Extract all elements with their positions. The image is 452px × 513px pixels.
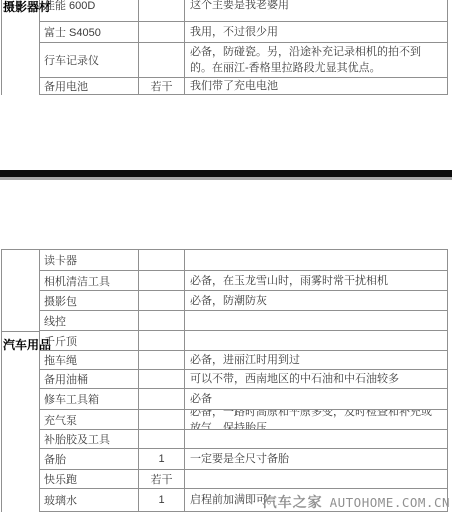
table-row: 补胎胶及工具	[40, 430, 448, 449]
item-cell: 修车工具箱	[40, 389, 139, 409]
qty-cell	[139, 331, 185, 350]
qty-cell	[139, 311, 185, 330]
equipment-table-top: 摄影器材佳能 600D这个主要是我老婆用富士 S4050我用，不过很少用行车记录…	[1, 0, 448, 95]
category-cell: 汽车用品	[2, 331, 40, 512]
qty-cell: 若干	[139, 78, 185, 94]
item-cell: 备用油桶	[40, 370, 139, 388]
item-cell: 充气泵	[40, 410, 139, 429]
qty-cell: 若干	[139, 470, 185, 488]
qty-cell	[139, 271, 185, 290]
table-row: 相机清洁工具必备，在玉龙雪山时，雨雾时常干扰相机	[40, 271, 448, 291]
item-cell: 备胎	[40, 449, 139, 469]
table-row: 充气泵必备，一路时高原和平原多变，及时检查和补充或放气，保持胎压	[40, 410, 448, 430]
item-cell: 佳能 600D	[40, 0, 139, 21]
note-cell: 必备，防碰瓷。另，沿途补充记录相机的拍不到的。在丽江-香格里拉路段尤显其优点。	[185, 43, 448, 77]
table-row: 备胎1一定要是全尺寸备胎	[40, 449, 448, 470]
equipment-table-bottom: 读卡器相机清洁工具必备，在玉龙雪山时，雨雾时常干扰相机摄影包必备，防潮防灰线控汽…	[1, 249, 448, 512]
note-cell: 必备	[185, 389, 448, 409]
category-label	[2, 250, 39, 254]
note-cell: 我们带了充电电池	[185, 78, 448, 94]
qty-cell	[139, 430, 185, 448]
section-divider	[0, 170, 452, 177]
qty-cell	[139, 43, 185, 77]
item-cell: 富士 S4050	[40, 22, 139, 42]
section-divider-shadow	[0, 177, 452, 180]
qty-cell	[139, 410, 185, 429]
note-cell	[185, 250, 448, 270]
table-row: 拖车绳必备，进丽江时用到过	[40, 351, 448, 370]
category-cell: 摄影器材	[2, 0, 40, 95]
page: 摄影器材佳能 600D这个主要是我老婆用富士 S4050我用，不过很少用行车记录…	[0, 0, 452, 513]
qty-cell	[139, 0, 185, 21]
table-row: 摄影包必备，防潮防灰	[40, 291, 448, 311]
item-cell: 拖车绳	[40, 351, 139, 369]
item-cell: 玻璃水	[40, 489, 139, 511]
table-row: 行车记录仪必备，防碰瓷。另，沿途补充记录相机的拍不到的。在丽江-香格里拉路段尤显…	[40, 43, 448, 78]
qty-cell	[139, 351, 185, 369]
note-cell	[185, 430, 448, 448]
note-cell: 我用，不过很少用	[185, 22, 448, 42]
item-cell: 线控	[40, 311, 139, 330]
item-cell: 千斤顶	[40, 331, 139, 350]
table-row: 千斤顶	[40, 331, 448, 351]
qty-cell	[139, 389, 185, 409]
item-cell: 备用电池	[40, 78, 139, 94]
table-row: 线控	[40, 311, 448, 331]
note-cell	[185, 470, 448, 488]
table-row: 佳能 600D这个主要是我老婆用	[40, 0, 448, 22]
note-cell: 这个主要是我老婆用	[185, 0, 448, 21]
category-label: 摄影器材	[2, 0, 39, 15]
item-cell: 相机清洁工具	[40, 271, 139, 290]
qty-cell	[139, 250, 185, 270]
table-row: 备用油桶可以不带，西南地区的中石油和中石油较多	[40, 370, 448, 389]
category-group: 读卡器相机清洁工具必备，在玉龙雪山时，雨雾时常干扰相机摄影包必备，防潮防灰线控	[2, 249, 448, 331]
table-row: 备用电池若干我们带了充电电池	[40, 78, 448, 95]
note-cell	[185, 331, 448, 350]
item-cell: 快乐跑	[40, 470, 139, 488]
item-cell: 补胎胶及工具	[40, 430, 139, 448]
category-cell	[2, 250, 40, 331]
item-cell: 行车记录仪	[40, 43, 139, 77]
note-cell: 必备，在玉龙雪山时，雨雾时常干扰相机	[185, 271, 448, 290]
category-label: 汽车用品	[2, 332, 39, 353]
category-group: 汽车用品千斤顶拖车绳必备，进丽江时用到过备用油桶可以不带，西南地区的中石油和中石…	[2, 331, 448, 512]
table-row: 富士 S4050我用，不过很少用	[40, 22, 448, 43]
note-cell: 可以不带，西南地区的中石油和中石油较多	[185, 370, 448, 388]
watermark-site-name: 汽车之家	[263, 494, 323, 510]
table-row: 修车工具箱必备	[40, 389, 448, 410]
note-cell: 必备，一路时高原和平原多变，及时检查和补充或放气，保持胎压	[185, 410, 448, 429]
qty-cell: 1	[139, 449, 185, 469]
note-cell: 必备，进丽江时用到过	[185, 351, 448, 369]
table-row: 读卡器	[40, 250, 448, 271]
qty-cell	[139, 370, 185, 388]
watermark-site-url: AUTOHOME.COM.CN	[330, 495, 450, 510]
note-cell: 必备，防潮防灰	[185, 291, 448, 310]
note-cell: 一定要是全尺寸备胎	[185, 449, 448, 469]
qty-cell: 1	[139, 489, 185, 511]
item-cell: 摄影包	[40, 291, 139, 310]
item-cell: 读卡器	[40, 250, 139, 270]
table-row: 快乐跑若干	[40, 470, 448, 489]
qty-cell	[139, 291, 185, 310]
note-cell	[185, 311, 448, 330]
qty-cell	[139, 22, 185, 42]
watermark: 汽车之家AUTOHOME.COM.CN	[263, 492, 450, 512]
category-group: 摄影器材佳能 600D这个主要是我老婆用富士 S4050我用，不过很少用行车记录…	[2, 0, 448, 95]
